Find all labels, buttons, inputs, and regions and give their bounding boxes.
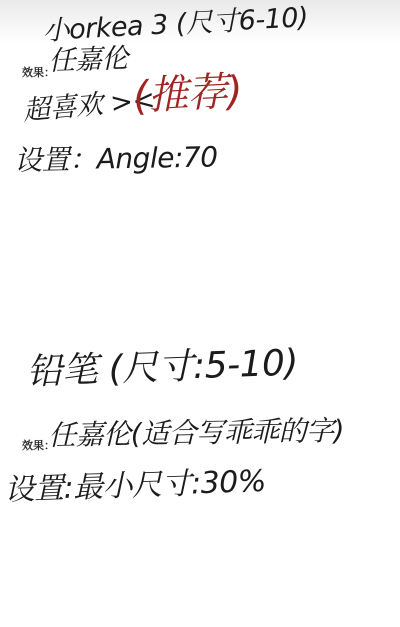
brush1-title: 小orkea 3 (尺寸6-10) bbox=[42, 4, 309, 46]
brush2-effect-value: 任嘉伦(适合写乖乖的字) bbox=[48, 416, 344, 451]
handwritten-note-page: 小orkea 3 (尺寸6-10) 效果： 任嘉伦 超喜欢 >< (推荐) 设置… bbox=[0, 0, 400, 627]
brush1-recommend-badge: (推荐) bbox=[132, 70, 243, 118]
brush1-settings: 设置：Angle:70 bbox=[14, 142, 218, 175]
brush2-title: 铅笔 (尺寸:5-10) bbox=[26, 345, 299, 392]
brush1-effect-value: 任嘉伦 bbox=[48, 45, 128, 76]
brush2-settings: 设置:最小尺寸:30% bbox=[4, 466, 266, 507]
